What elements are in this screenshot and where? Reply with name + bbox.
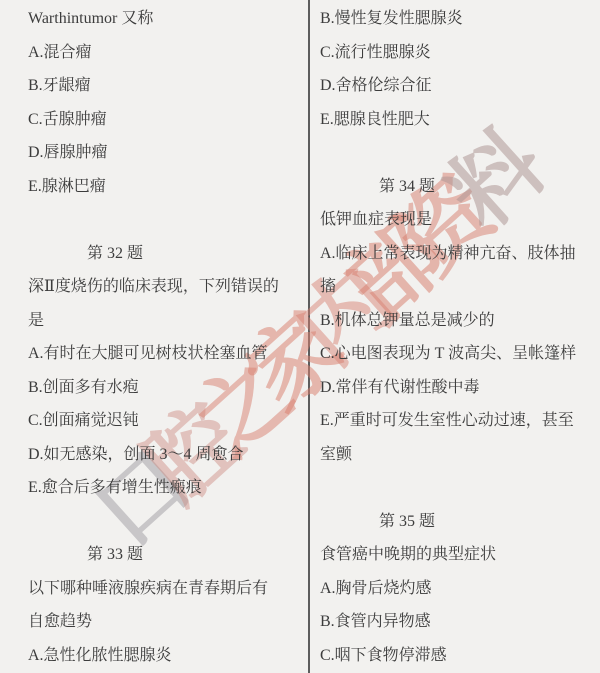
question-text-line: D.唇腺肿瘤 — [28, 136, 306, 170]
question-text-line: 室颤 — [320, 438, 598, 472]
question-text-line: A.胸骨后烧灼感 — [320, 572, 598, 606]
question-number-header: 第 35 题 — [320, 505, 598, 539]
left-column: Warthintumor 又称A.混合瘤B.牙龈瘤C.舌腺肿瘤D.唇腺肿瘤E.腺… — [28, 2, 306, 672]
question-text-line: E.腮腺良性肥大 — [320, 103, 598, 137]
question-text-line: C.流行性腮腺炎 — [320, 36, 598, 70]
question-text-line: C.舌腺肿瘤 — [28, 103, 306, 137]
question-text-line: E.愈合后多有增生性瘢痕 — [28, 471, 306, 505]
question-number-header: 第 33 题 — [28, 538, 306, 572]
question-text-line: C.创面痛觉迟钝 — [28, 404, 306, 438]
question-text-line: 是 — [28, 304, 306, 338]
scanned-exam-page: 口腔之家内部资料 Warthintumor 又称A.混合瘤B.牙龈瘤C.舌腺肿瘤… — [0, 0, 600, 673]
question-text-line: 以下哪种唾液腺疾病在青春期后有 — [28, 572, 306, 606]
question-text-line: 搐 — [320, 270, 598, 304]
question-text-line: D.舍格伦综合征 — [320, 69, 598, 103]
blank-line — [28, 203, 306, 237]
question-text-line: E.严重时可发生室性心动过速，甚至 — [320, 404, 598, 438]
column-divider — [308, 0, 310, 673]
question-text-line: A.有时在大腿可见树枝状栓塞血管 — [28, 337, 306, 371]
right-column: B.慢性复发性腮腺炎C.流行性腮腺炎D.舍格伦综合征E.腮腺良性肥大第 34 题… — [320, 2, 598, 672]
question-text-line: A.混合瘤 — [28, 36, 306, 70]
question-text-line: D.常伴有代谢性酸中毒 — [320, 371, 598, 405]
question-text-line: 深Ⅱ度烧伤的临床表现，下列错误的 — [28, 270, 306, 304]
question-text-line: A.急性化脓性腮腺炎 — [28, 639, 306, 673]
question-text-line: Warthintumor 又称 — [28, 2, 306, 36]
question-text-line: A.临床上常表现为精神亢奋、肢体抽 — [320, 237, 598, 271]
question-text-line: B.食管内异物感 — [320, 605, 598, 639]
question-text-line: B.创面多有水疱 — [28, 371, 306, 405]
question-text-line: C.心电图表现为 T 波高尖、呈帐篷样 — [320, 337, 598, 371]
blank-line — [28, 505, 306, 539]
question-text-line: B.机体总钾量总是减少的 — [320, 304, 598, 338]
question-text-line: B.牙龈瘤 — [28, 69, 306, 103]
question-text-line: 自愈趋势 — [28, 605, 306, 639]
question-text-line: D.如无感染，创面 3～4 周愈合 — [28, 438, 306, 472]
question-text-line: B.慢性复发性腮腺炎 — [320, 2, 598, 36]
blank-line — [320, 136, 598, 170]
question-number-header: 第 34 题 — [320, 170, 598, 204]
blank-line — [320, 471, 598, 505]
question-text-line: E.腺淋巴瘤 — [28, 170, 306, 204]
question-text-line: C.咽下食物停滞感 — [320, 639, 598, 673]
question-number-header: 第 32 题 — [28, 237, 306, 271]
question-text-line: 低钾血症表现是 — [320, 203, 598, 237]
question-text-line: 食管癌中晚期的典型症状 — [320, 538, 598, 572]
